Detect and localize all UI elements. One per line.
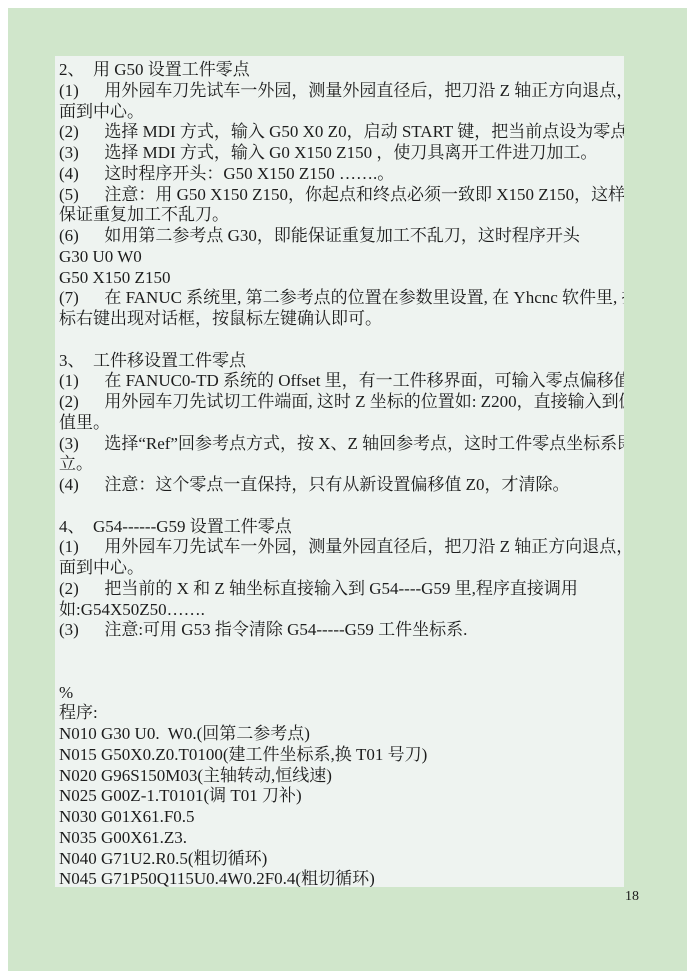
page-number: 18	[603, 889, 639, 905]
text-line: 4、 G54------G59 设置工件零点	[59, 517, 624, 538]
text-line: 3、 工件移设置工件零点	[59, 351, 624, 372]
text-line: (1) 用外园车刀先试车一外园，测量外园直径后，把刀沿 Z 轴正方向退点，切端	[59, 537, 624, 558]
text-line	[59, 330, 624, 351]
text-line: N045 G71P50Q115U0.4W0.2F0.4(粗切循环)	[59, 869, 624, 887]
text-line: 面到中心。	[59, 558, 624, 579]
text-line: (2) 把当前的 X 和 Z 轴坐标直接输入到 G54----G59 里,程序直…	[59, 579, 624, 600]
text-line: (3) 选择 MDI 方式，输入 G0 X150 Z150 ，使刀具离开工件进刀…	[59, 143, 624, 164]
text-line: (4) 注意：这个零点一直保持，只有从新设置偏移值 Z0，才清除。	[59, 475, 624, 496]
text-line: (3) 选择“Ref”回参考点方式，按 X、Z 轴回参考点，这时工件零点坐标系即…	[59, 434, 624, 455]
text-line: N015 G50X0.Z0.T0100(建工件坐标系,换 T01 号刀)	[59, 745, 624, 766]
text-line: (1) 在 FANUC0-TD 系统的 Offset 里，有一工件移界面，可输入…	[59, 371, 624, 392]
text-line: %	[59, 683, 624, 704]
text-line: 2、 用 G50 设置工件零点	[59, 60, 624, 81]
text-line: 保证重复加工不乱刀。	[59, 205, 624, 226]
text-line: (6) 如用第二参考点 G30，即能保证重复加工不乱刀，这时程序开头	[59, 226, 624, 247]
text-line: (3) 注意:可用 G53 指令清除 G54-----G59 工件坐标系.	[59, 620, 624, 641]
text-line: (1) 用外园车刀先试车一外园，测量外园直径后，把刀沿 Z 轴正方向退点，切端	[59, 81, 624, 102]
text-line	[59, 641, 624, 662]
text-line: N010 G30 U0. W0.(回第二参考点)	[59, 724, 624, 745]
text-line: G30 U0 W0	[59, 247, 624, 268]
text-line: N025 G00Z-1.T0101(调 T01 刀补)	[59, 786, 624, 807]
text-line: (7) 在 FANUC 系统里, 第二参考点的位置在参数里设置, 在 Yhcnc…	[59, 288, 624, 309]
text-line: 面到中心。	[59, 102, 624, 123]
text-block: 2、 用 G50 设置工件零点(1) 用外园车刀先试车一外园，测量外园直径后，把…	[55, 56, 624, 887]
text-line	[59, 496, 624, 517]
text-line: (2) 选择 MDI 方式，输入 G50 X0 Z0，启动 START 键，把当…	[59, 122, 624, 143]
text-line: 程序:	[59, 703, 624, 724]
text-line: 值里。	[59, 413, 624, 434]
text-line: 标右键出现对话框，按鼠标左键确认即可。	[59, 309, 624, 330]
document-page: 2、 用 G50 设置工件零点(1) 用外园车刀先试车一外园，测量外园直径后，把…	[0, 0, 687, 971]
page-background: 2、 用 G50 设置工件零点(1) 用外园车刀先试车一外园，测量外园直径后，把…	[8, 8, 687, 971]
text-line	[59, 662, 624, 683]
text-line: N040 G71U2.R0.5(粗切循环)	[59, 849, 624, 870]
text-line: 立。	[59, 454, 624, 475]
text-line: N030 G01X61.F0.5	[59, 807, 624, 828]
text-line: (5) 注意：用 G50 X150 Z150，你起点和终点必须一致即 X150 …	[59, 185, 624, 206]
text-line: 如:G54X50Z50…….	[59, 600, 624, 621]
text-line: N020 G96S150M03(主轴转动,恒线速)	[59, 766, 624, 787]
text-line: N035 G00X61.Z3.	[59, 828, 624, 849]
text-line: G50 X150 Z150	[59, 268, 624, 289]
text-line: (4) 这时程序开头：G50 X150 Z150 …….。	[59, 164, 624, 185]
text-line: (2) 用外园车刀先试切工件端面, 这时 Z 坐标的位置如: Z200，直接输入…	[59, 392, 624, 413]
